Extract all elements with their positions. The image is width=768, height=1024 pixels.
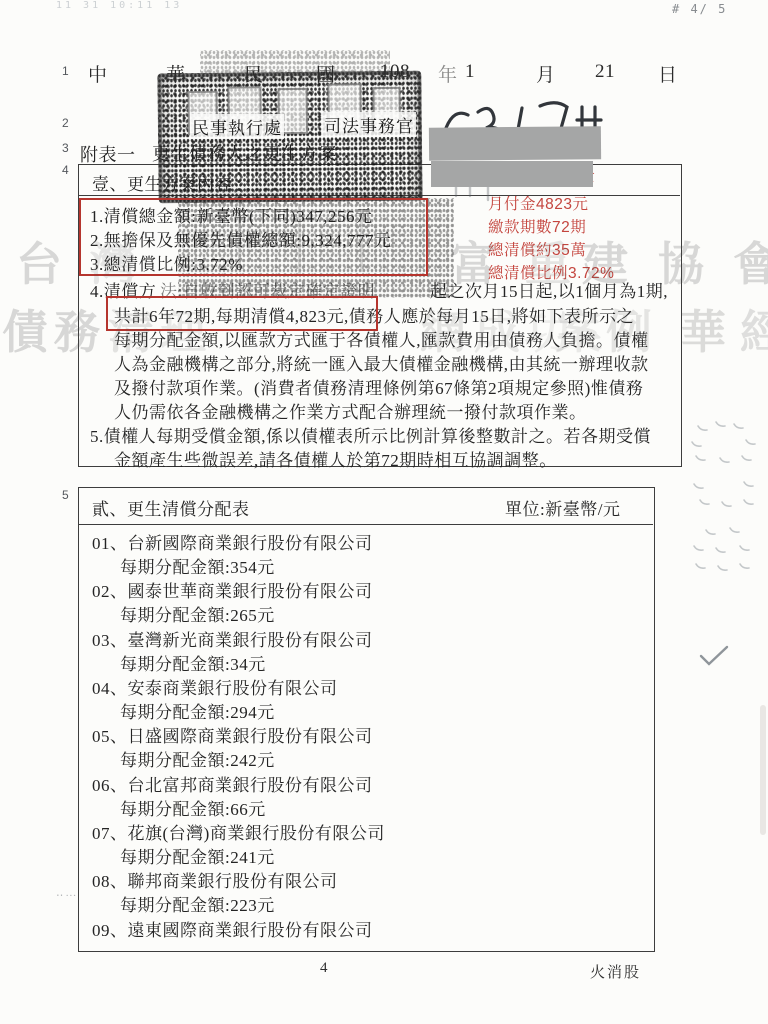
bank-name: 台新國際商業銀行股份有限公司	[128, 534, 373, 553]
stamp-officer-label: 司法事務官	[322, 112, 416, 137]
red-highlight-box-terms	[106, 296, 378, 331]
table-row-bank: 05、日盛國際商業銀行股份有限公司	[92, 722, 373, 747]
watermark-char: 會	[733, 228, 768, 294]
red-note-repay-ratio: 總清償比例3.72%	[488, 261, 614, 283]
table-row-bank: 02、國泰世華商業銀行股份有限公司	[92, 577, 373, 602]
row-amount: 每期分配金額:265元	[120, 601, 275, 626]
date-month-value: 1	[465, 61, 475, 83]
date-day-value: 21	[595, 61, 615, 83]
plan-item-5: 5.債權人每期受償金額,係以債權表所示比例計算後整數計之。若各期受償	[90, 422, 651, 447]
date-char: 中	[88, 60, 108, 87]
red-note-total-repaid: 總清償約35萬	[488, 238, 586, 260]
date-char: 日	[658, 60, 678, 87]
page-number: 4	[320, 960, 330, 977]
date-char: 年	[438, 60, 458, 87]
paper-edge-shadow	[760, 705, 766, 835]
row-number: 05、	[92, 727, 128, 746]
row-amount: 每期分配金額:34元	[120, 650, 266, 675]
table-row-bank: 07、花旗(台灣)商業銀行股份有限公司	[92, 819, 385, 844]
plan-item-4-line: 人為金融機構之部分,將統一匯入最大債權金融機構,由其統一辦理收款	[114, 350, 649, 375]
check-mark	[698, 644, 732, 670]
bank-name: 安泰商業銀行股份有限公司	[128, 679, 338, 698]
fax-page-counter: # 4/ 5	[672, 2, 727, 16]
stray-pen-marks: ‥…	[56, 886, 78, 899]
row-number: 02、	[92, 582, 128, 601]
attachment-title: 更生債務人之更生方案	[152, 140, 337, 166]
table-row-bank: 03、臺灣新光商業銀行股份有限公司	[92, 626, 373, 651]
table-row-bank: 04、安泰商業銀行股份有限公司	[92, 674, 338, 699]
plan-item-5-line: 金額產生些微誤差,請各債權人於第72期時相互協調調整。	[114, 446, 557, 471]
section2-unit-label: 單位:新臺幣/元	[505, 495, 620, 520]
scanned-document-page: 11 31 10:11 13 # 4/ 5 1 2 3 4 5 中 華 民 國 …	[0, 0, 768, 1024]
watermark-char: 華	[680, 296, 726, 362]
row-amount: 每期分配金額:294元	[120, 698, 275, 723]
table-row-bank: 09、遠東國際商業銀行股份有限公司	[92, 916, 373, 941]
row-number: 03、	[92, 631, 128, 650]
red-note-installments: 繳款期數72期	[488, 215, 586, 237]
row-amount: 每期分配金額:242元	[120, 746, 275, 771]
division-label: 火消股	[590, 961, 641, 982]
date-char: 國	[316, 60, 336, 87]
section2-title: 貳、更生清償分配表	[92, 495, 250, 520]
date-char: 月	[536, 60, 556, 87]
fax-timestamp: 11 31 10:11 13	[56, 0, 182, 11]
table-row-bank: 06、台北富邦商業銀行股份有限公司	[92, 771, 373, 796]
section2-header-rule	[78, 524, 653, 525]
row-amount: 每期分配金額:223元	[120, 891, 275, 916]
bank-name: 台北富邦商業銀行股份有限公司	[128, 776, 373, 795]
redaction-box	[429, 126, 601, 160]
row-number: 06、	[92, 776, 128, 795]
row-number: 08、	[92, 872, 128, 891]
row-number: 04、	[92, 679, 128, 698]
table-row-bank: 01、台新國際商業銀行股份有限公司	[92, 529, 373, 554]
table-row-bank: 08、聯邦商業銀行股份有限公司	[92, 867, 338, 892]
bank-name: 花旗(台灣)商業銀行股份有限公司	[128, 824, 385, 843]
row-amount: 每期分配金額:66元	[120, 795, 266, 820]
margin-line-number-5: 5	[62, 488, 69, 502]
plan-item-4-line: 及撥付款項作業。(消費者債務清理條例第67條第2項規定參照)惟債務	[114, 374, 643, 399]
row-amount: 每期分配金額:241元	[120, 843, 275, 868]
margin-line-number-1: 1	[62, 64, 69, 78]
redaction-box	[431, 161, 593, 187]
date-char: 民	[244, 60, 264, 87]
bank-name: 國泰世華商業銀行股份有限公司	[128, 582, 373, 601]
watermark-char: 經	[740, 296, 768, 362]
row-number: 01、	[92, 534, 128, 553]
bank-name: 聯邦商業銀行股份有限公司	[128, 872, 338, 891]
row-amount: 每期分配金額:354元	[120, 553, 275, 578]
row-number: 07、	[92, 824, 128, 843]
date-year-value: 108	[380, 61, 410, 83]
row-number: 09、	[92, 921, 128, 940]
bank-name: 日盛國際商業銀行股份有限公司	[128, 727, 373, 746]
attachment-label: 附表一	[80, 141, 136, 167]
watermark-char: 台	[16, 228, 62, 294]
bank-name: 遠東國際商業銀行股份有限公司	[128, 921, 373, 940]
margin-faint-marks	[686, 418, 768, 586]
margin-line-number-4: 4	[62, 163, 69, 177]
red-highlight-box-items	[79, 198, 428, 276]
stamp-office-label: 民事執行處	[190, 114, 284, 139]
plan-item-4-line: 人仍需依各金融機構之作業方式配合辦理統一撥付款項作業。	[114, 398, 587, 423]
watermark-char: 債	[2, 296, 48, 362]
date-char: 華	[166, 60, 186, 87]
margin-line-number-3: 3	[62, 141, 69, 155]
margin-line-number-2: 2	[62, 116, 69, 130]
bank-name: 臺灣新光商業銀行股份有限公司	[128, 631, 373, 650]
